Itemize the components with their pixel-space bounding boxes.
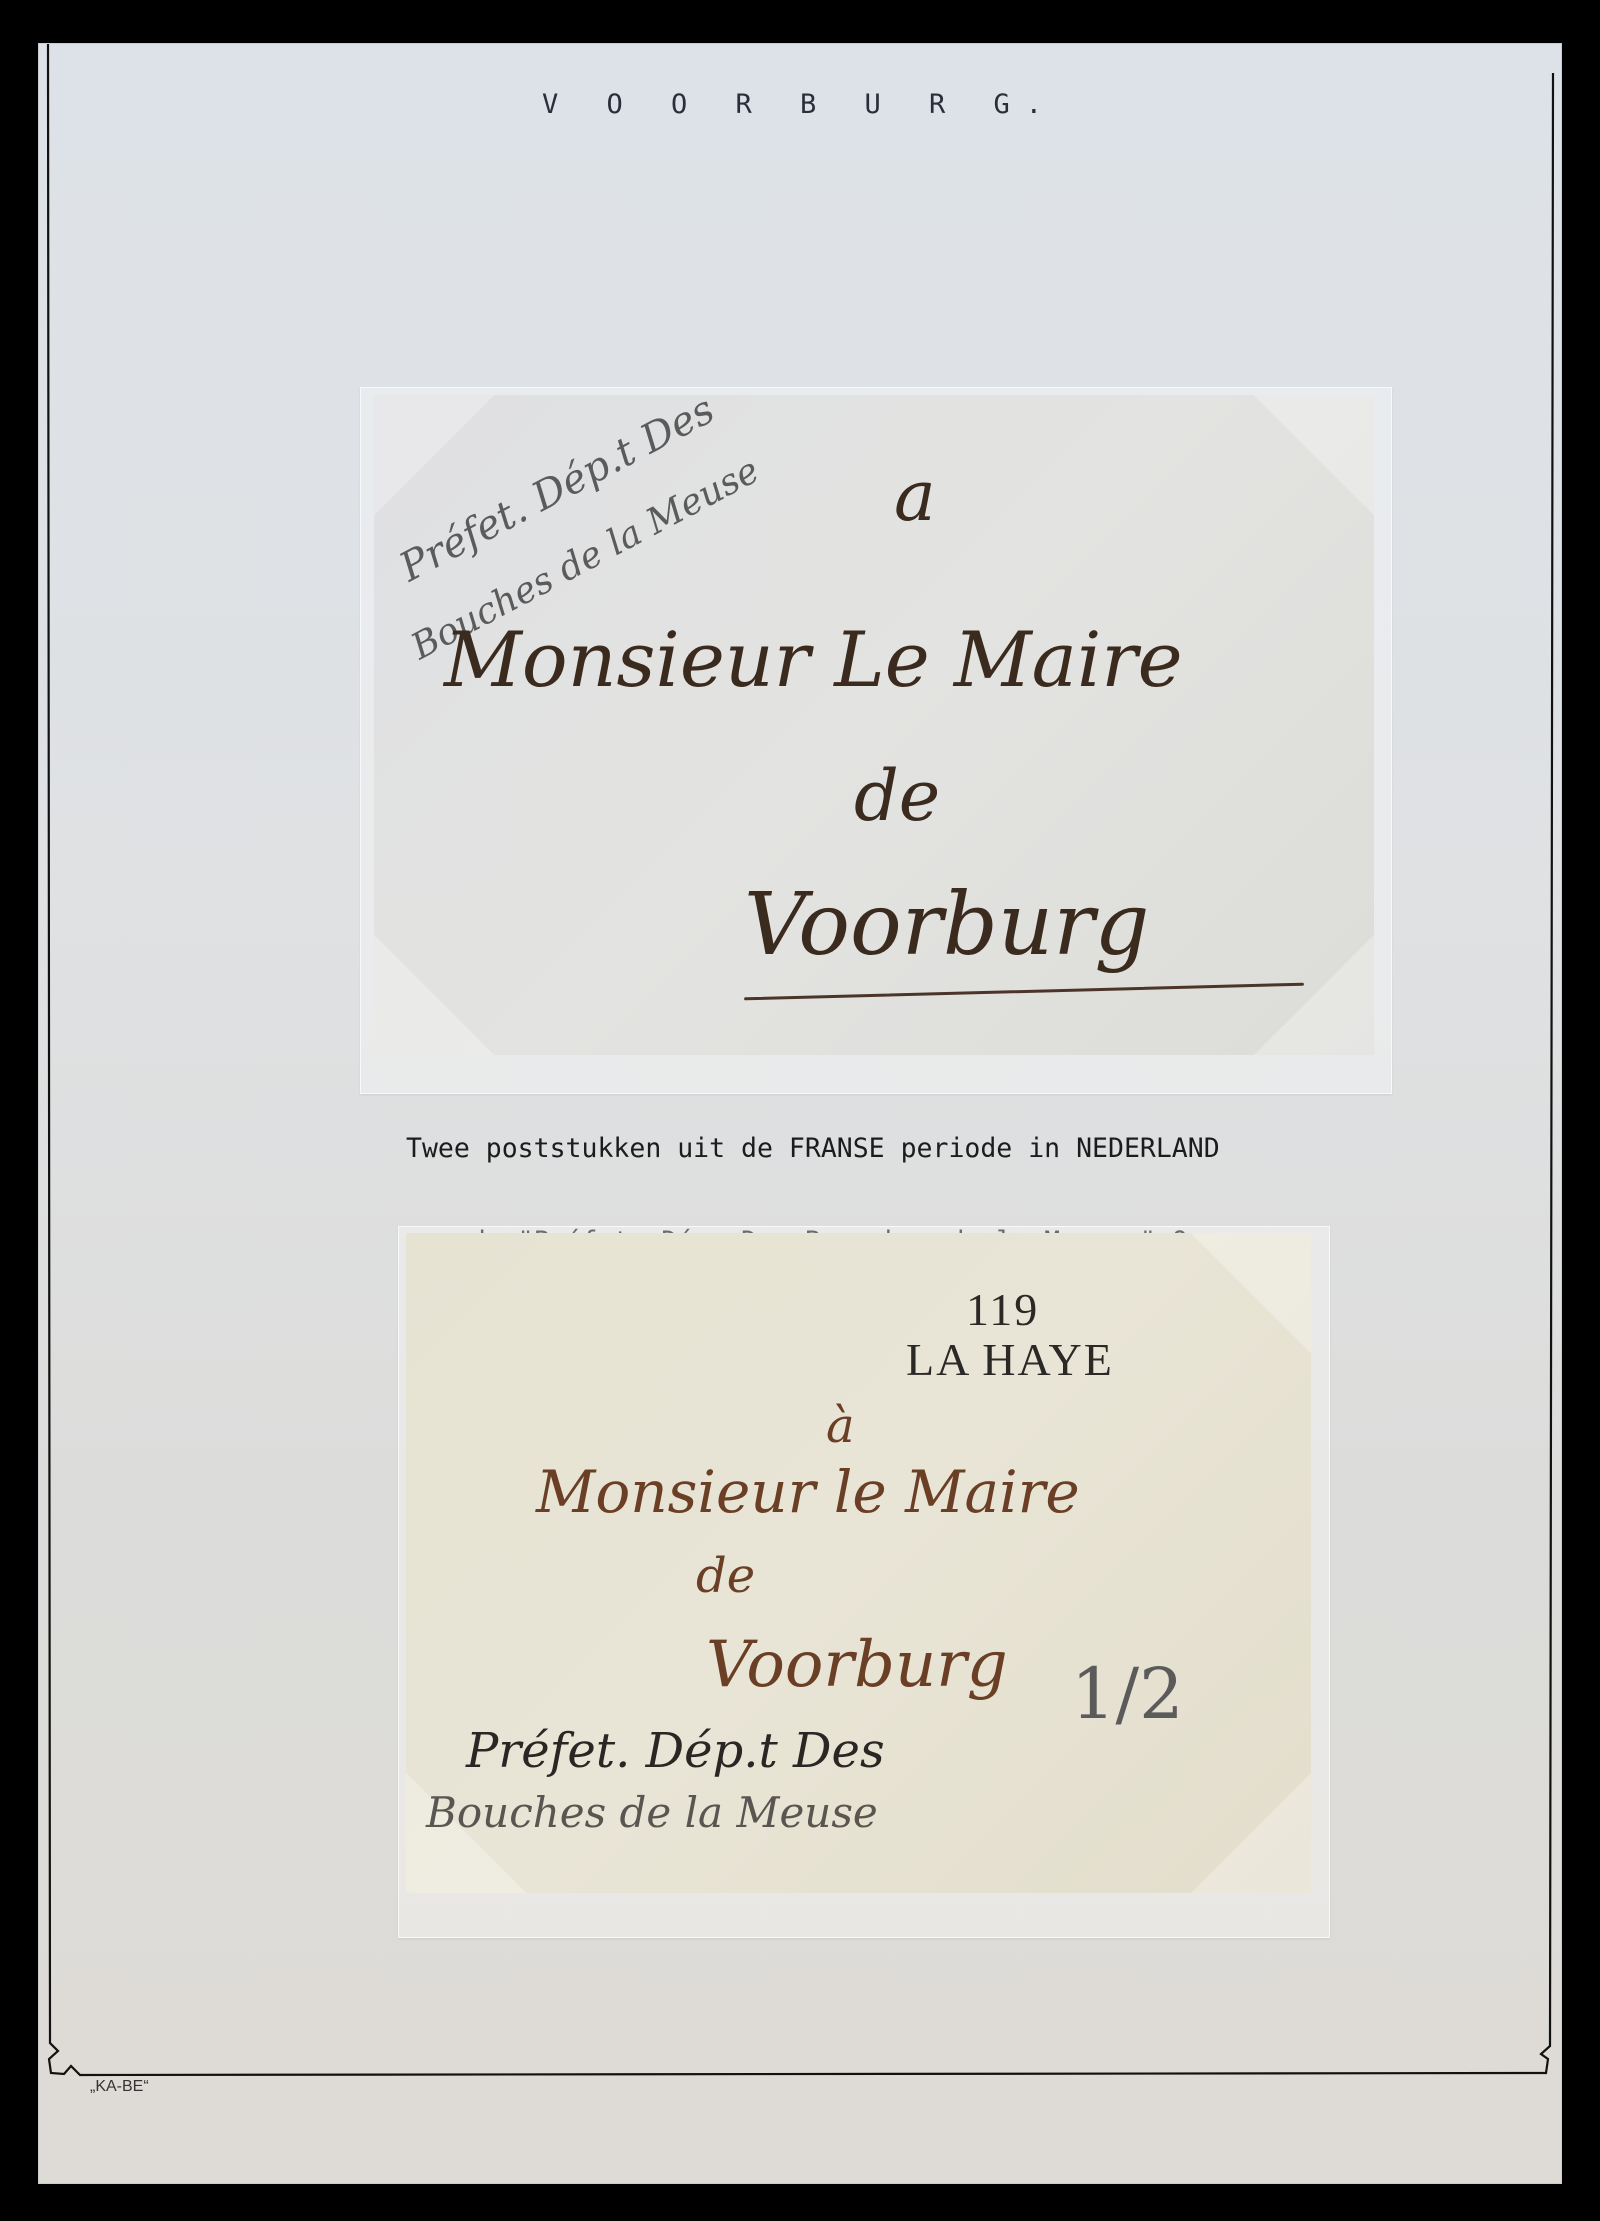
postal-cover-top: Préfet. Dép.t Des Bouches de la Meuse a … <box>374 395 1374 1055</box>
address-town: Voorburg <box>744 875 1149 975</box>
address-a: à <box>826 1398 855 1454</box>
address-de: de <box>854 755 940 837</box>
address-a: a <box>894 455 936 537</box>
rate-marking: 1/2 <box>1071 1653 1184 1735</box>
address-addressee: Monsieur le Maire <box>536 1458 1080 1526</box>
prefect-handstamp-line1: Préfet. Dép.t Des <box>466 1723 885 1779</box>
address-underline <box>744 983 1304 1001</box>
album-page: V O O R B U R G. Préfet. Dép.t Des Bouch… <box>38 43 1562 2184</box>
address-de: de <box>696 1548 755 1604</box>
postmark-town: LA HAYE <box>906 1333 1114 1386</box>
postmark-number: 119 <box>966 1283 1039 1336</box>
address-addressee: Monsieur Le Maire <box>444 615 1183 704</box>
prefect-handstamp-line2: Bouches de la Meuse <box>426 1788 878 1837</box>
postal-cover-bottom: 119 LA HAYE à Monsieur le Maire de Voorb… <box>406 1233 1311 1893</box>
caption-line: Twee poststukken uit de FRANSE periode i… <box>406 1133 1366 1164</box>
publisher-mark: „KA-BE“ <box>90 2078 149 2096</box>
page-title: V O O R B U R G. <box>38 89 1562 120</box>
address-town: Voorburg <box>706 1628 1008 1702</box>
